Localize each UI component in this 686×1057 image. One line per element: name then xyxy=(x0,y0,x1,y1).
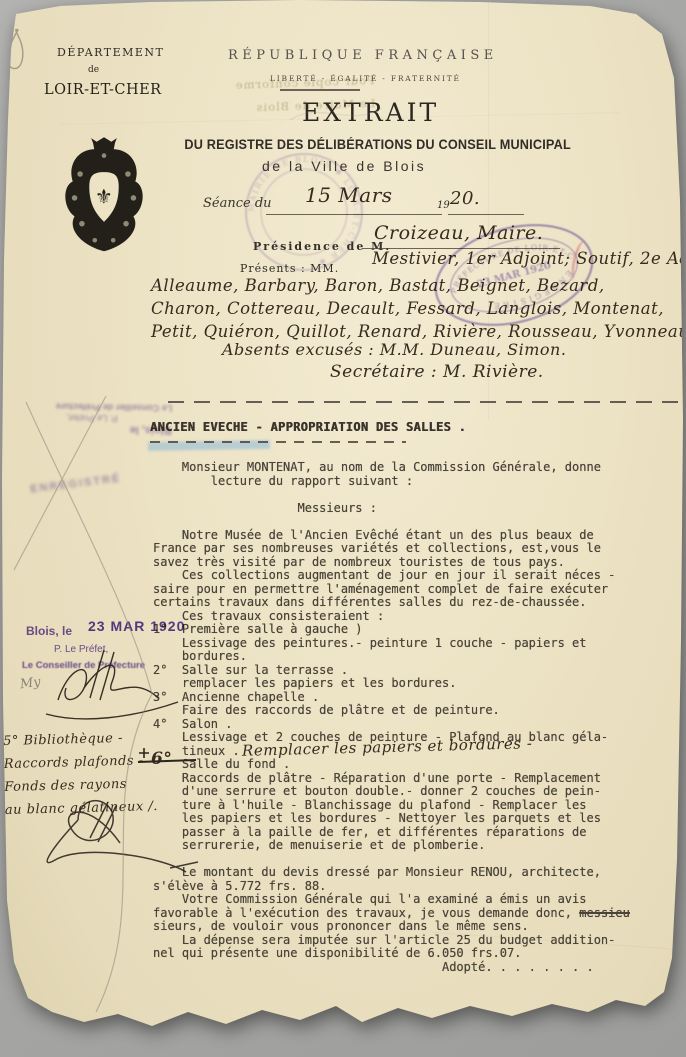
text-line: bordures. xyxy=(153,650,630,664)
coat-of-arms: ⚜ xyxy=(58,136,150,258)
text-line: certains travaux dans différentes salles… xyxy=(153,596,630,610)
text-line: Ces travaux consisteraient : xyxy=(153,610,630,624)
typed-separator-rule xyxy=(168,401,680,403)
text-line: les papiers et les bordures - Nettoyer l… xyxy=(153,812,630,826)
text-line xyxy=(153,515,630,529)
text-line: nel qui présente une disponibilité de 6.… xyxy=(153,947,630,961)
presidence-label: Présidence de M. xyxy=(253,240,391,253)
motto: LIBERTÉ - ÉGALITÉ - FRATERNITÉ xyxy=(270,74,461,83)
text-line: s'élève à 5.772 frs. 88. xyxy=(153,880,630,894)
text-line: Faire des raccords de plâtre et de peint… xyxy=(153,704,630,718)
text-line: favorable à l'exécution des travaux, je … xyxy=(153,907,630,921)
section-underline xyxy=(150,441,406,443)
section-title: ANCIEN EVECHE - APPROPRIATION DES SALLES… xyxy=(150,420,466,434)
text-line: Le montant du devis dressé par Monsieur … xyxy=(153,866,630,880)
inverted-prefecture-stamp: Blois, le P. Le Préfet, Le Conseiller de… xyxy=(12,401,173,437)
scan-background: Pour copie conformeLe Maire de Blois DÉP… xyxy=(0,0,686,1057)
text-line: Monsieur MONTENAT, au nom de la Commissi… xyxy=(153,461,630,475)
text-line: saire pour en permettre l'aménagement co… xyxy=(153,583,630,597)
absents-line: Absents excusés : M.M. Duneau, Simon. xyxy=(222,340,566,359)
registered-smudge-stamp: ENREGISTRÉ xyxy=(30,472,122,495)
department-line3: LOIR-ET-CHER xyxy=(44,82,162,98)
text-line: 4° Salon . xyxy=(153,718,630,732)
text-line: Lessivage des peintures.- peinture 1 cou… xyxy=(153,637,630,651)
text-line: Votre Commission Générale qui l'a examin… xyxy=(153,893,630,907)
pencil-initials: My xyxy=(19,675,42,693)
ink-flourish xyxy=(20,788,200,900)
text-line: passer à la paille de fer, et différente… xyxy=(153,826,630,840)
department-line1: DÉPARTEMENT xyxy=(57,46,164,59)
text-line: ture à l'huile - Blanchissage du plafond… xyxy=(153,799,630,813)
oval-stamp-date: 23 MAR 1920 xyxy=(476,260,552,290)
extract-title: EXTRAIT xyxy=(302,98,439,127)
department-line2: de xyxy=(88,65,99,75)
republic-title: RÉPUBLIQUE FRANÇAISE xyxy=(228,48,498,63)
text-line: Salle du fond . xyxy=(153,758,630,772)
text-line: serrurerie, de menuiserie et de plomberi… xyxy=(153,839,630,853)
text-line: Notre Musée de l'Ancien Evêché étant un … xyxy=(153,529,630,543)
year-printed: 19 xyxy=(437,200,450,211)
text-line: Raccords de plâtre - Réparation d'une po… xyxy=(153,772,630,786)
prefect-signature xyxy=(40,640,185,735)
paper-shadow-wrap: Pour copie conformeLe Maire de Blois DÉP… xyxy=(0,0,686,1057)
text-line: 2° Salle sur la terrasse . xyxy=(153,664,630,678)
text-line: Ces collections augmentant de jour en jo… xyxy=(153,569,630,583)
fleur-de-lis-icon: ⚜ xyxy=(95,184,113,208)
stamp-date: 23 MAR 1920 xyxy=(88,618,185,634)
text-line: France par ses nombreuses variétés et co… xyxy=(153,542,630,556)
document-paper: Pour copie conformeLe Maire de Blois DÉP… xyxy=(0,0,686,1057)
mairie-circular-stamp: MAIRIE DE BLOIS ✱ LOIR-ET-CHER ✱ xyxy=(240,148,368,276)
text-line: sieurs, de vouloir vous prononcer dans l… xyxy=(153,920,630,934)
text-line: La dépense sera imputée sur l'article 25… xyxy=(153,934,630,948)
secretary-line: Secrétaire : M. Rivière. xyxy=(330,362,544,382)
text-line: Adopté. . . . . . . . xyxy=(153,961,630,975)
text-line: savez très visité par de nombreux touris… xyxy=(153,556,630,570)
year-handwritten: 20. xyxy=(450,188,480,209)
text-line: 1° Première salle à gauche ) xyxy=(153,623,630,637)
header-rule xyxy=(280,89,360,91)
stamp-city: Blois, le xyxy=(26,624,72,638)
text-line: 3° Ancienne chapelle . xyxy=(153,691,630,705)
text-line: lecture du rapport suivant : xyxy=(153,475,630,489)
text-line xyxy=(153,853,630,867)
text-line xyxy=(153,488,630,502)
text-line: remplacer les papiers et les bordures. xyxy=(153,677,630,691)
text-line: d'une serrure et bouton double.- donner … xyxy=(153,785,630,799)
text-line: Messieurs : xyxy=(153,502,630,516)
text-line: Raccords plafonds - xyxy=(3,749,157,776)
inv-stamp-city: Blois, le xyxy=(12,422,172,437)
pencil-mark-top-left xyxy=(2,26,36,74)
typed-body: Monsieur MONTENAT, au nom de la Commissi… xyxy=(153,461,630,974)
struck-text: messieu xyxy=(579,906,630,920)
